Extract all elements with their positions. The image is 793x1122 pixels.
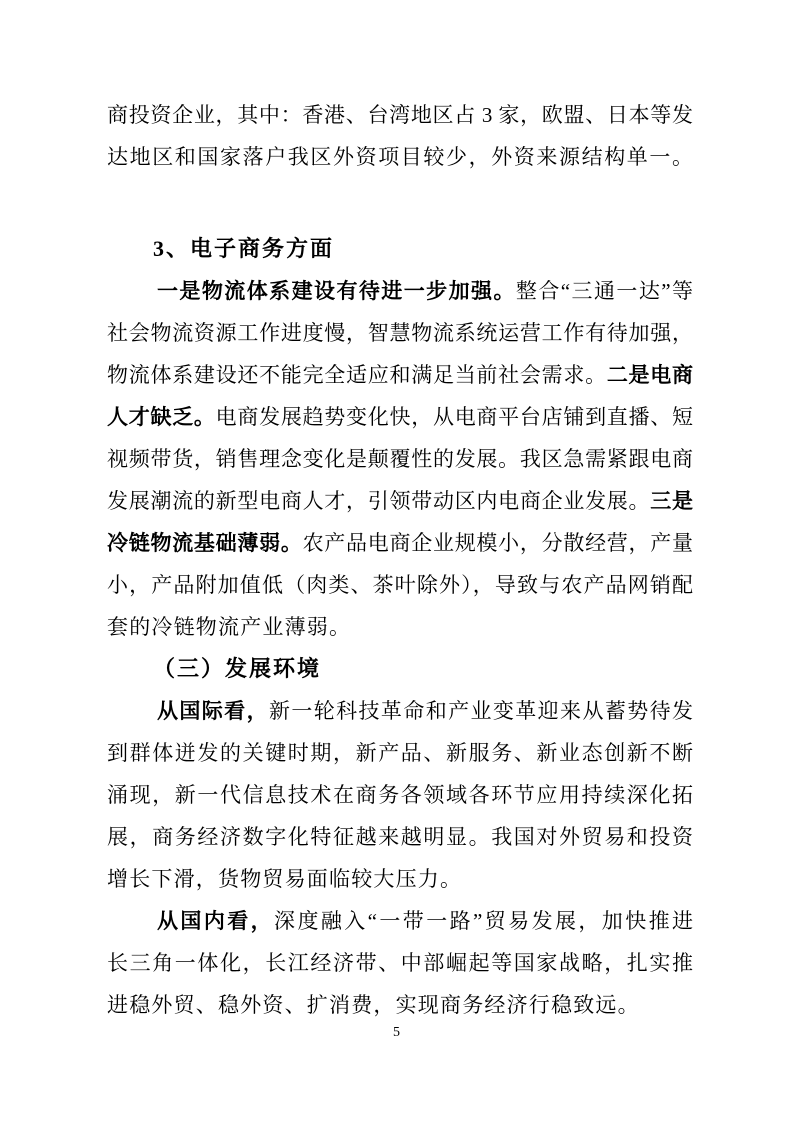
text-line: 物流体系建设还不能完全适应和满足当前社会需求。二是电商 — [107, 354, 693, 396]
text-line: 涌现，新一代信息技术在商务各领域各环节应用持续深化拓 — [107, 774, 693, 816]
text-run: 视频带货，销售理念变化是颠覆性的发展。我区急需紧跟电商 — [107, 447, 693, 471]
bold-text-run: 三是 — [650, 489, 693, 513]
bold-text-run: 一是物流体系建设有待进一步加强。 — [157, 279, 516, 303]
text-line: 视频带货，销售理念变化是颠覆性的发展。我区急需紧跟电商 — [107, 438, 693, 480]
text-line: 冷链物流基础薄弱。农产品电商企业规模小，分散经营，产量 — [107, 522, 693, 564]
text-line: 发展潮流的新型电商人才，引领带动区内电商企业发展。三是 — [107, 480, 693, 522]
text-run: 商投资企业，其中：香港、台湾地区占 3 家，欧盟、日本等发 — [107, 103, 693, 127]
text-run: 套的冷链物流产业薄弱。 — [107, 615, 351, 639]
text-run: 进稳外贸、稳外资、扩消费，实现商务经济行稳致远。 — [107, 993, 640, 1017]
text-line: 社会物流资源工作进度慢，智慧物流系统运营工作有待加强， — [107, 312, 693, 354]
text-run: 发展潮流的新型电商人才，引领带动区内电商企业发展。 — [107, 489, 650, 513]
text-run: 达地区和国家落户我区外资项目较少，外资来源结构单一。 — [107, 145, 693, 169]
text-line: 从国内看，深度融入“一带一路”贸易发展，加快推进 — [107, 900, 693, 942]
text-line: 从国际看，新一轮科技革命和产业变革迎来从蓄势待发 — [107, 690, 693, 732]
text-line: 人才缺乏。电商发展趋势变化快，从电商平台店铺到直播、短 — [107, 396, 693, 438]
bold-text-run: 3、电子商务方面 — [153, 236, 334, 261]
bold-text-run: 人才缺乏。 — [107, 405, 216, 429]
text-line: 套的冷链物流产业薄弱。 — [107, 606, 693, 648]
bold-text-run: 从国内看， — [157, 909, 274, 933]
text-line: 展，商务经济数字化特征越来越明显。我国对外贸易和投资 — [107, 816, 693, 858]
text-run: 长三角一体化，长江经济带、中部崛起等国家战略，扎实推 — [107, 951, 693, 975]
bold-text-run: （三）发展环境 — [153, 656, 321, 681]
text-run: 整合“三通一达”等 — [516, 279, 693, 303]
section-heading: 3、电子商务方面 — [107, 228, 693, 270]
text-run: 小，产品附加值低（肉类、茶叶除外），导致与农产品网销配 — [107, 573, 693, 597]
text-line: 小，产品附加值低（肉类、茶叶除外），导致与农产品网销配 — [107, 564, 693, 606]
text-line: 长三角一体化，长江经济带、中部崛起等国家战略，扎实推 — [107, 942, 693, 984]
page-footer: 5 — [0, 1020, 793, 1046]
page-number: 5 — [393, 1025, 400, 1040]
bold-text-run: 冷链物流基础薄弱。 — [107, 531, 303, 555]
text-line: 商投资企业，其中：香港、台湾地区占 3 家，欧盟、日本等发 — [107, 94, 693, 136]
text-run: 新一轮科技革命和产业变革迎来从蓄势待发 — [269, 699, 693, 723]
text-run: 物流体系建设还不能完全适应和满足当前社会需求。 — [107, 363, 607, 387]
document-body: 商投资企业，其中：香港、台湾地区占 3 家，欧盟、日本等发达地区和国家落户我区外… — [107, 94, 693, 1026]
text-run: 社会物流资源工作进度慢，智慧物流系统运营工作有待加强， — [107, 321, 693, 345]
text-run: 农产品电商企业规模小，分散经营，产量 — [303, 531, 693, 555]
bold-text-run: 从国际看， — [157, 699, 269, 723]
paragraph-spacer — [107, 178, 693, 228]
text-run: 到群体迸发的关键时期，新产品、新服务、新业态创新不断 — [107, 741, 693, 765]
text-run: 深度融入“一带一路”贸易发展，加快推进 — [274, 909, 693, 933]
section-heading: （三）发展环境 — [107, 648, 693, 690]
text-run: 展，商务经济数字化特征越来越明显。我国对外贸易和投资 — [107, 825, 693, 849]
text-line: 增长下滑，货物贸易面临较大压力。 — [107, 858, 693, 900]
text-line: 到群体迸发的关键时期，新产品、新服务、新业态创新不断 — [107, 732, 693, 774]
text-run: 涌现，新一代信息技术在商务各领域各环节应用持续深化拓 — [107, 783, 693, 807]
bold-text-run: 二是电商 — [607, 363, 693, 387]
text-line: 达地区和国家落户我区外资项目较少，外资来源结构单一。 — [107, 136, 693, 178]
text-line: 一是物流体系建设有待进一步加强。整合“三通一达”等 — [107, 270, 693, 312]
text-run: 增长下滑，货物贸易面临较大压力。 — [107, 867, 462, 891]
document-page: 商投资企业，其中：香港、台湾地区占 3 家，欧盟、日本等发达地区和国家落户我区外… — [0, 0, 793, 1122]
text-run: 电商发展趋势变化快，从电商平台店铺到直播、短 — [216, 405, 693, 429]
